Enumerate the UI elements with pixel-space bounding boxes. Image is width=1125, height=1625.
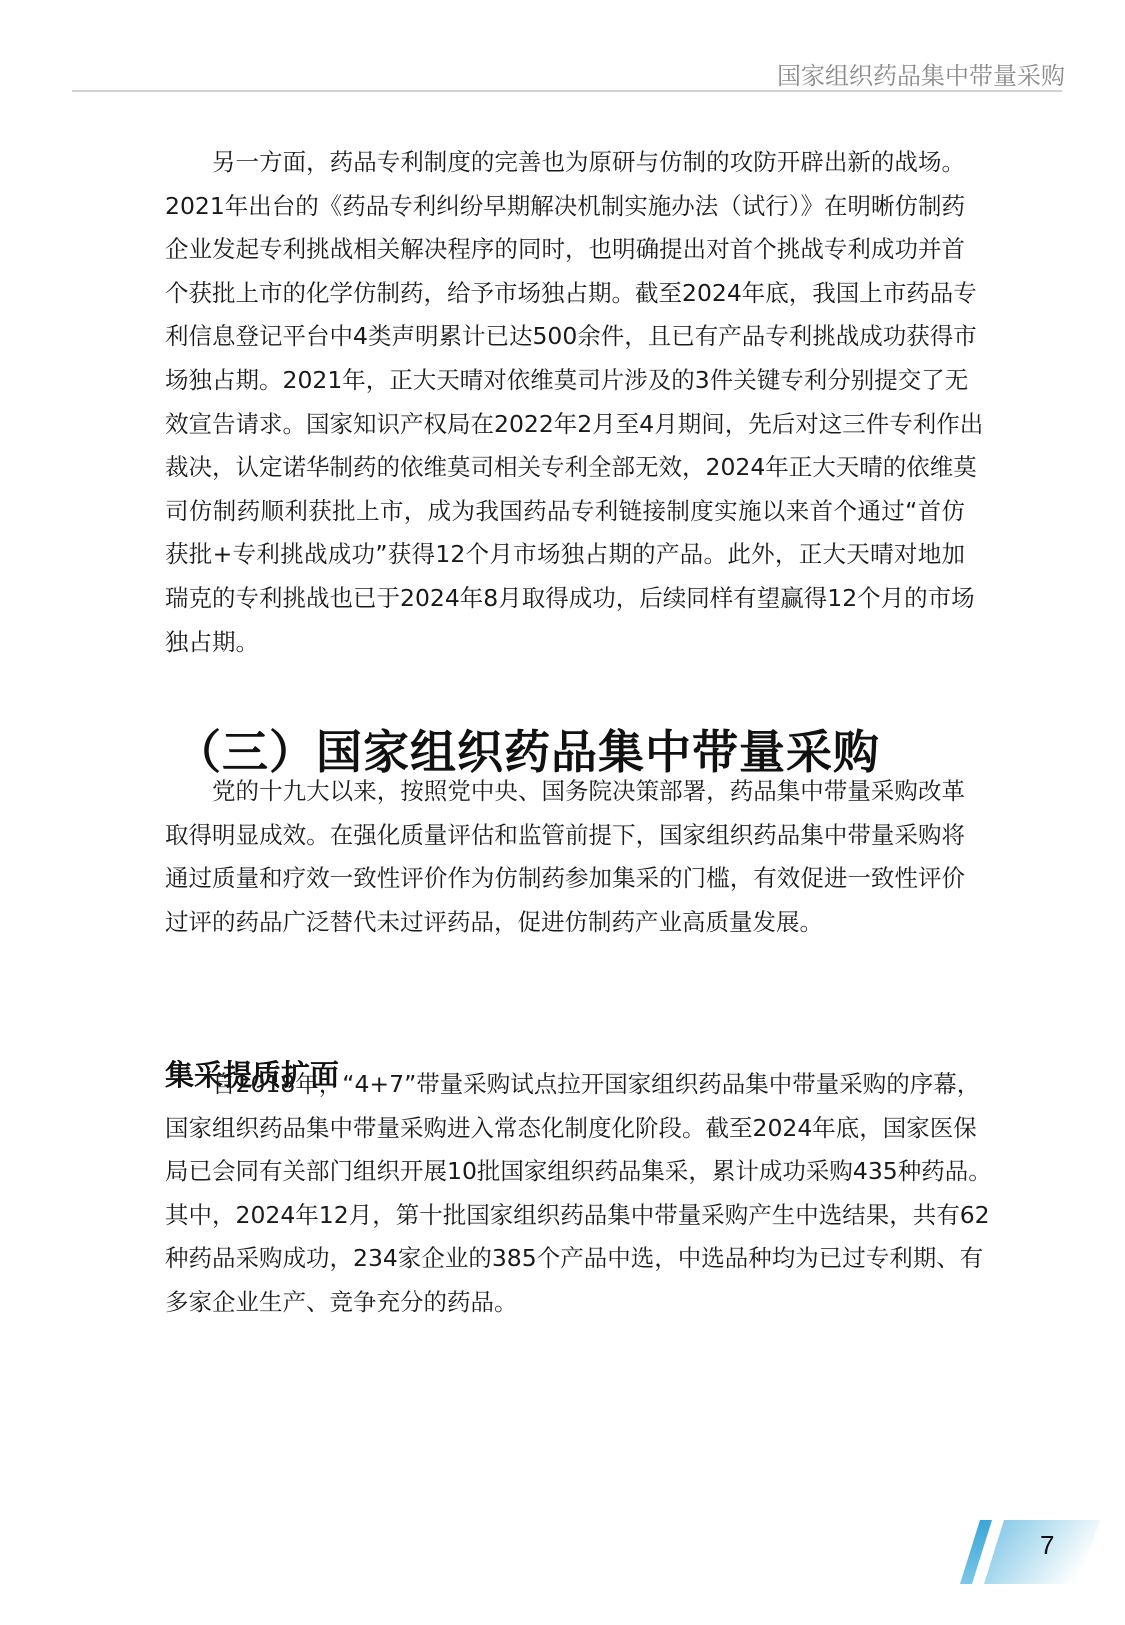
paragraph-section-intro: 党的十九大以来，按照党中央、国务院决策部署，药品集中带量采购改革 取得明显成效。… [165,770,965,944]
paragraph-line: 过评的药品广泛替代未过评药品，促进仿制药产业高质量发展。 [165,901,965,945]
paragraph-line: 通过质量和疗效一致性评价作为仿制药参加集采的门槛，有效促进一致性评价 [165,857,965,901]
paragraph-line: 其中，2024年12月，第十批国家组织药品集中带量采购产生中选结果，共有62 [165,1194,965,1238]
paragraph-line: 2021年出台的《药品专利纠纷早期解决机制实施办法（试行）》在明晰仿制药 [165,185,965,229]
paragraph-line: 取得明显成效。在强化质量评估和监管前提下，国家组织药品集中带量采购将 [165,814,965,858]
paragraph-line: 国家组织药品集中带量采购进入常态化制度化阶段。截至2024年底，国家医保 [165,1107,965,1151]
paragraph-line: 司仿制药顺利获批上市，成为我国药品专利链接制度实施以来首个通过“首仿 [165,490,965,534]
paragraph-line: 独占期。 [165,621,965,665]
paragraph-line: 场独占期。2021年，正大天晴对依维莫司片涉及的3件关键专利分别提交了无 [165,359,965,403]
paragraph-line: 企业发起专利挑战相关解决程序的同时，也明确提出对首个挑战专利成功并首 [165,228,965,272]
paragraph-line: 效宣告请求。国家知识产权局在2022年2月至4月期间，先后对这三件专利作出 [165,403,965,447]
paragraph-line: 局已会同有关部门组织开展10批国家组织药品集采，累计成功采购435种药品。 [165,1150,965,1194]
running-header-title: 国家组织药品集中带量采购 [777,56,1065,91]
header-divider [72,90,1062,92]
paragraph-patent-system: 另一方面，药品专利制度的完善也为原研与仿制的攻防开辟出新的战场。 2021年出台… [165,141,965,664]
paragraph-line: 种药品采购成功，234家企业的385个产品中选，中选品种均为已过专利期、有 [165,1237,965,1281]
paragraph-line: 利信息登记平台中4类声明累计已达500余件，且已有产品专利挑战成功获得市 [165,315,965,359]
paragraph-line: 自2018年，“4+7”带量采购试点拉开国家组织药品集中带量采购的序幕， [165,1063,965,1107]
paragraph-line: 裁决，认定诺华制药的依维莫司相关专利全部无效，2024年正大天晴的依维莫 [165,446,965,490]
paragraph-line: 多家企业生产、竞争充分的药品。 [165,1281,965,1325]
paragraph-line: 党的十九大以来，按照党中央、国务院决策部署，药品集中带量采购改革 [165,770,965,814]
paragraph-quality-expansion: 自2018年，“4+7”带量采购试点拉开国家组织药品集中带量采购的序幕， 国家组… [165,1063,965,1325]
page-number: 7 [1040,1530,1054,1561]
paragraph-line: 个获批上市的化学仿制药，给予市场独占期。截至2024年底，我国上市药品专 [165,272,965,316]
page-number-badge-icon [960,1520,1100,1584]
paragraph-line: 获批+专利挑战成功”获得12个月市场独占期的产品。此外，正大天晴对地加 [165,533,965,577]
paragraph-line: 另一方面，药品专利制度的完善也为原研与仿制的攻防开辟出新的战场。 [165,141,965,185]
paragraph-line: 瑞克的专利挑战也已于2024年8月取得成功，后续同样有望赢得12个月的市场 [165,577,965,621]
